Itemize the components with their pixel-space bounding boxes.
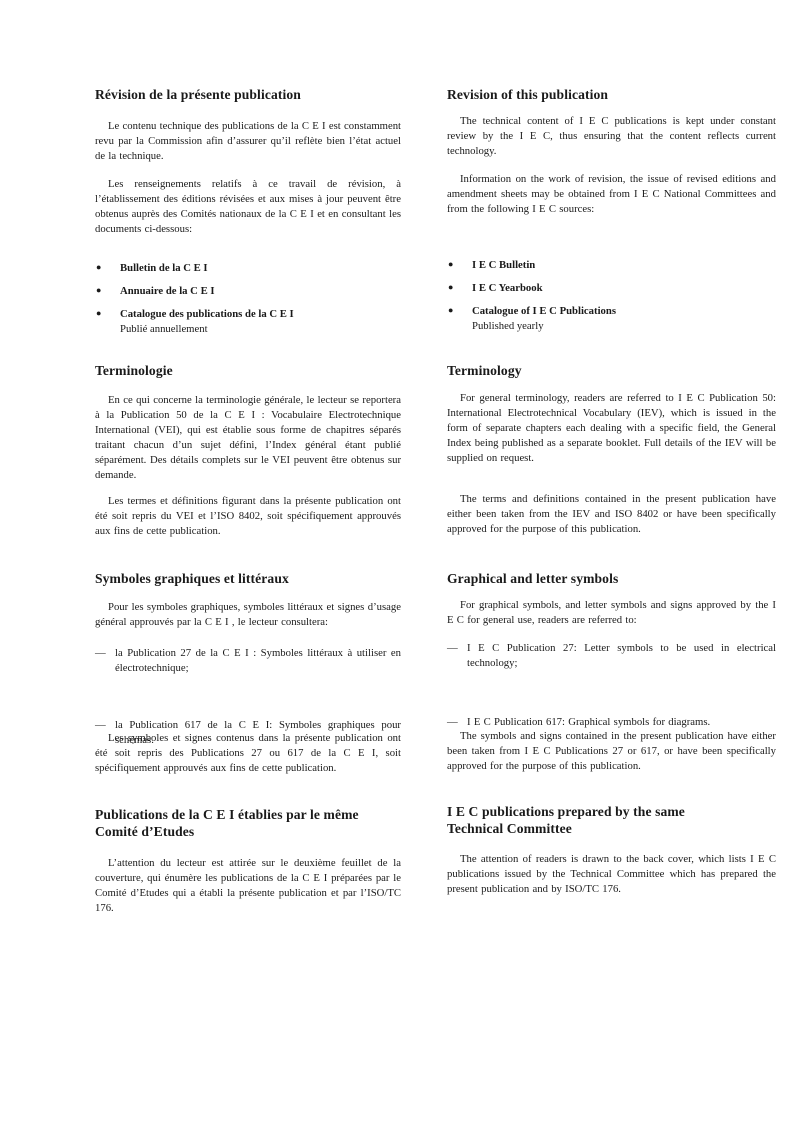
bullet-icon: ● [448, 303, 453, 318]
list-item-label: Bulletin de la C E I [120, 262, 208, 274]
paragraph-terminology-2-en: The terms and definitions contained in t… [447, 492, 776, 537]
list-item: ● Annuaire de la C E I [95, 284, 401, 299]
dash-icon: — [447, 641, 458, 656]
list-item-label: Catalogue of I E C Publications [472, 305, 616, 317]
bullet-icon: ● [96, 260, 101, 275]
heading-line: Publications de la C E I établies par le… [95, 806, 401, 823]
heading-symbols-en: Graphical and letter symbols [447, 570, 776, 587]
heading-line: Technical Committee [447, 820, 776, 837]
heading-committee-en: I E C publications prepared by the same … [447, 803, 776, 837]
list-item-label: I E C Yearbook [472, 282, 543, 294]
heading-revision-en: Revision of this publication [447, 86, 776, 103]
paragraph-terminology-1-fr: En ce qui concerne la terminologie génér… [95, 393, 401, 483]
dash-item-publication-27-fr: — la Publication 27 de la C E I : Symbol… [95, 646, 401, 676]
paragraph-revision-2-en: Information on the work of revision, the… [447, 172, 776, 217]
heading-symbols-fr: Symboles graphiques et littéraux [95, 570, 401, 587]
english-column: Revision of this publication The technic… [447, 0, 776, 1121]
list-item: ● Bulletin de la C E I [95, 261, 401, 276]
document-page: Révision de la présente publication Le c… [0, 0, 793, 1121]
list-item-note: Published yearly [472, 319, 776, 334]
list-item: ● I E C Bulletin [447, 258, 776, 273]
paragraph-symbols-outro-fr: Les symboles et signes contenus dans la … [95, 731, 401, 776]
heading-terminology-fr: Terminologie [95, 362, 401, 379]
dash-icon: — [95, 646, 106, 661]
paragraph-committee-fr: L’attention du lecteur est attirée sur l… [95, 856, 401, 916]
heading-revision-fr: Révision de la présente publication [95, 86, 401, 103]
paragraph-committee-en: The attention of readers is drawn to the… [447, 852, 776, 897]
dash-item-text: I E C Publication 617: Graphical symbols… [467, 716, 710, 728]
dash-item-publication-617-en: — I E C Publication 617: Graphical symbo… [447, 715, 776, 730]
french-column: Révision de la présente publication Le c… [95, 0, 401, 1121]
list-item-note: Publié annuellement [120, 322, 401, 337]
bullet-icon: ● [96, 283, 101, 298]
list-item-label: Annuaire de la C E I [120, 285, 215, 297]
paragraph-revision-1-en: The technical content of I E C publicati… [447, 114, 776, 159]
list-item-label: I E C Bulletin [472, 259, 535, 271]
heading-line: I E C publications prepared by the same [447, 803, 776, 820]
paragraph-revision-2-fr: Les renseignements relatifs à ce travail… [95, 177, 401, 237]
heading-committee-fr: Publications de la C E I établies par le… [95, 806, 401, 840]
list-item: ● Catalogue des publications de la C E I… [95, 307, 401, 337]
paragraph-symbols-intro-en: For graphical symbols, and letter symbol… [447, 598, 776, 628]
paragraph-symbols-intro-fr: Pour les symboles graphiques, symboles l… [95, 600, 401, 630]
bullet-icon: ● [448, 257, 453, 272]
heading-line: Comité d’Etudes [95, 823, 401, 840]
dash-item-text: la Publication 27 de la C E I : Symboles… [115, 647, 401, 674]
source-list-en: ● I E C Bulletin ● I E C Yearbook ● Cata… [447, 258, 776, 342]
heading-terminology-en: Terminology [447, 362, 776, 379]
bullet-icon: ● [448, 280, 453, 295]
bullet-icon: ● [96, 306, 101, 321]
list-item: ● I E C Yearbook [447, 281, 776, 296]
source-list-fr: ● Bulletin de la C E I ● Annuaire de la … [95, 261, 401, 345]
list-item: ● Catalogue of I E C Publications Publis… [447, 304, 776, 334]
list-item-label: Catalogue des publications de la C E I [120, 308, 294, 320]
dash-item-publication-27-en: — I E C Publication 27: Letter symbols t… [447, 641, 776, 671]
dash-icon: — [447, 715, 458, 730]
paragraph-terminology-2-fr: Les termes et définitions figurant dans … [95, 494, 401, 539]
dash-item-text: I E C Publication 27: Letter symbols to … [467, 642, 776, 669]
paragraph-symbols-outro-en: The symbols and signs contained in the p… [447, 729, 776, 774]
paragraph-terminology-1-en: For general terminology, readers are ref… [447, 391, 776, 466]
paragraph-revision-1-fr: Le contenu technique des publications de… [95, 119, 401, 164]
